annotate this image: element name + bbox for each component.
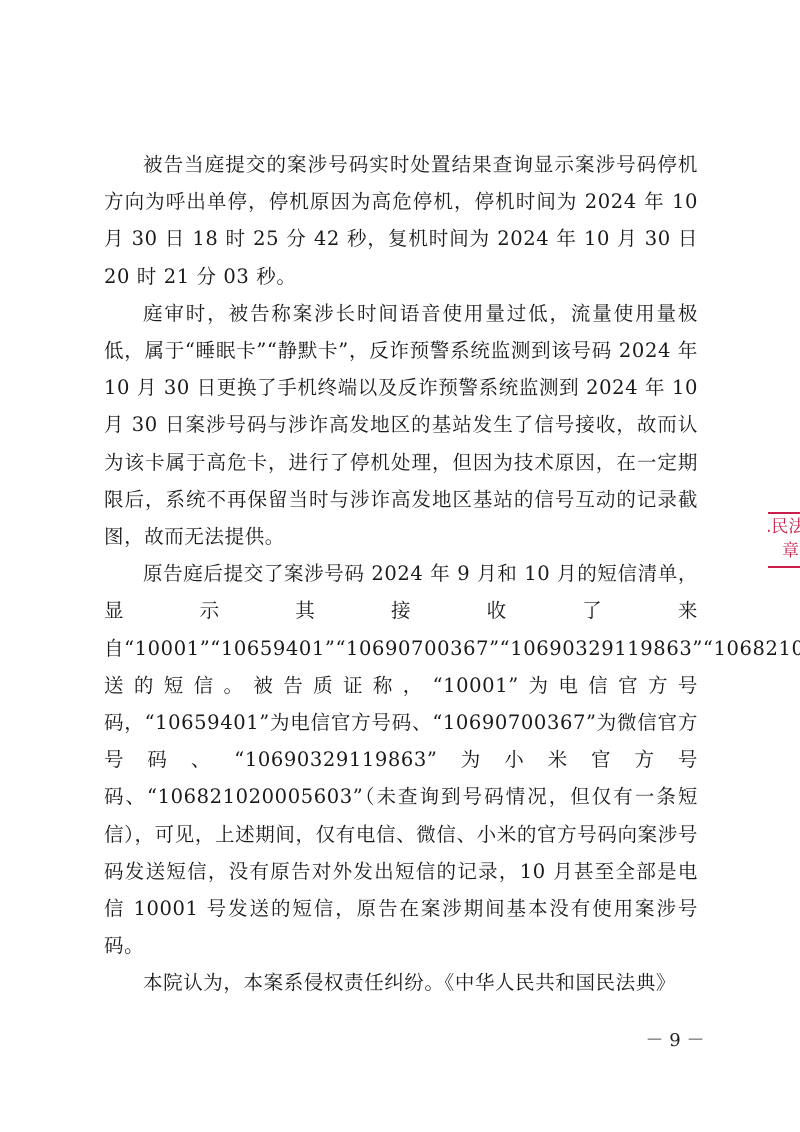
document-body: 被告当庭提交的案涉号码实时处置结果查询显示案涉号码停机方向为呼出单停，停机原因为… (104, 146, 698, 1002)
paragraph-4: 本院认为，本案系侵权责任纠纷。《中华人民共和国民法典》 (104, 964, 698, 1001)
court-seal-stamp: .民法 章 (768, 512, 800, 568)
page-number: － 9 － (600, 1026, 750, 1052)
paragraph-2: 庭审时，被告称案涉长时间语音使用量过低，流量使用量极低，属于“睡眠卡”“静默卡”… (104, 295, 698, 555)
stamp-text-line1: .民法 (768, 516, 800, 538)
stamp-text-line2: 章 (782, 540, 799, 562)
paragraph-3: 原告庭后提交了案涉号码 2024 年 9 月和 10 月的短信清单，显示其接收了… (104, 555, 698, 964)
paragraph-1: 被告当庭提交的案涉号码实时处置结果查询显示案涉号码停机方向为呼出单停，停机原因为… (104, 146, 698, 295)
document-page: 被告当庭提交的案涉号码实时处置结果查询显示案涉号码停机方向为呼出单停，停机原因为… (0, 0, 800, 1132)
